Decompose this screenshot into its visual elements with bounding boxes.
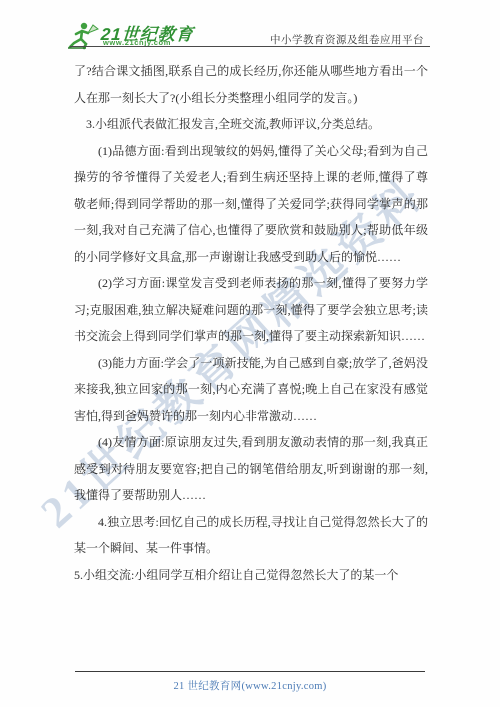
- paragraph-continuation: 了?结合课文插图,联系自己的成长经历,你还能从哪些地方看出一个人在那一刻长大了?…: [74, 58, 428, 111]
- document-body: 了?结合课文插图,联系自己的成长经历,你还能从哪些地方看出一个人在那一刻长大了?…: [74, 58, 428, 588]
- paragraph-subitem-2-study: (2)学习方面:课堂发言受到老师表扬的那一刻,懂得了要努力学习;克服困难,独立解…: [74, 270, 428, 350]
- paragraph-subitem-4-friendship: (4)友情方面:原谅朋友过失,看到朋友激动表情的那一刻,我真正感受到对待朋友要宽…: [74, 429, 428, 509]
- document-page: 21世纪教育 www.21cnjy.com 中小学教育资源及组卷应用平台 21世…: [0, 0, 500, 707]
- footer-site-label: 21 世纪教育网(www.21cnjy.com): [0, 678, 500, 693]
- paragraph-item-5: 5.小组交流:小组同学互相介绍让自己觉得忽然长大了的某一个: [74, 562, 428, 589]
- paragraph-subitem-1-morality: (1)品德方面:看到出现皱纹的妈妈,懂得了关心父母;看到为自己操劳的爷爷懂得了关…: [74, 138, 428, 271]
- paragraph-subitem-3-ability: (3)能力方面:学会了一项新技能,为自己感到自豪;放学了,爸妈没来接我,独立回家…: [74, 350, 428, 430]
- footer-rule: [75, 671, 425, 672]
- platform-title: 中小学教育资源及组卷应用平台: [270, 32, 424, 47]
- header-rule: [70, 46, 430, 47]
- paragraph-item-4: 4.独立思考:回忆自己的成长历程,寻找让自己觉得忽然长大了的某一个瞬间、某一件事…: [74, 509, 428, 562]
- paragraph-item-3: 3.小组派代表做汇报发言,全班交流,教师评议,分类总结。: [74, 111, 428, 138]
